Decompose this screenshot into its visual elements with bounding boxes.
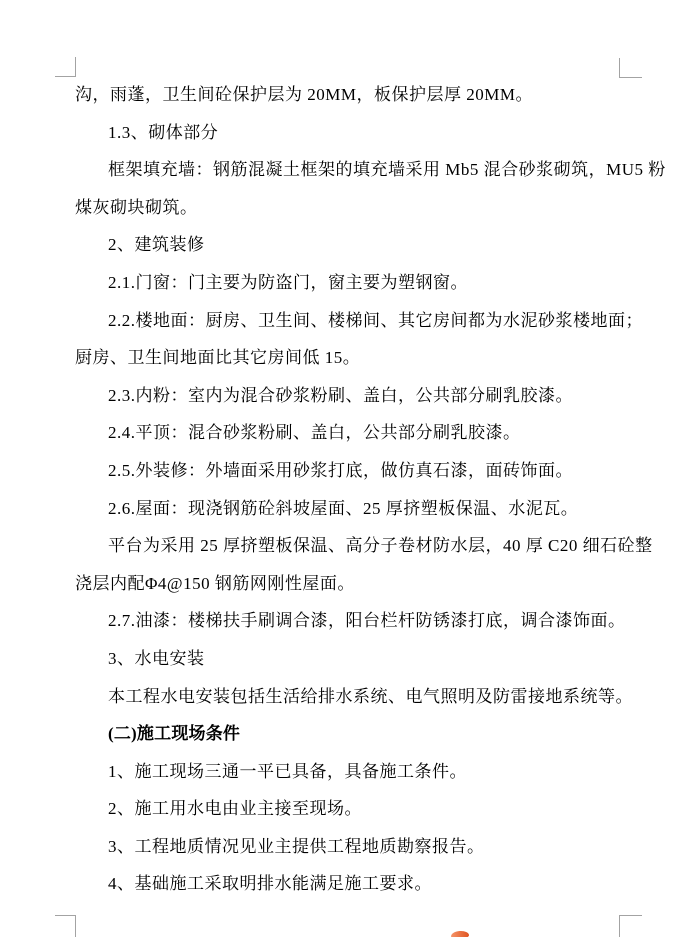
document-page: 沟，雨蓬，卫生间砼保护层为 20MM，板保护层厚 20MM。1.3、砌体部分框架… bbox=[0, 0, 687, 937]
margin-mark-top-right bbox=[619, 58, 642, 78]
document-line: 3、水电安装 bbox=[75, 640, 621, 678]
document-body[interactable]: 沟，雨蓬，卫生间砼保护层为 20MM，板保护层厚 20MM。1.3、砌体部分框架… bbox=[75, 76, 621, 903]
document-line: 平台为采用 25 厚挤塑板保温、高分子卷材防水层，40 厚 C20 细石砼整 bbox=[75, 527, 621, 565]
document-line: 2.5.外装修：外墙面采用砂浆打底，做仿真石漆，面砖饰面。 bbox=[75, 452, 621, 490]
document-line: (二)施工现场条件 bbox=[75, 715, 621, 753]
document-line: 4、基础施工采取明排水能满足施工要求。 bbox=[75, 865, 621, 903]
document-line: 煤灰砌块砌筑。 bbox=[75, 189, 621, 227]
document-line: 2.1.门窗：门主要为防盗门，窗主要为塑钢窗。 bbox=[75, 264, 621, 302]
document-line: 框架填充墙：钢筋混凝土框架的填充墙采用 Mb5 混合砂浆砌筑，MU5 粉 bbox=[75, 151, 621, 189]
document-line: 1.3、砌体部分 bbox=[75, 114, 621, 152]
document-line: 2.2.楼地面：厨房、卫生间、楼梯间、其它房间都为水泥砂浆楼地面； bbox=[75, 302, 621, 340]
document-line: 3、工程地质情况见业主提供工程地质勘察报告。 bbox=[75, 828, 621, 866]
document-line: 2.6.屋面：现浇钢筋砼斜坡屋面、25 厚挤塑板保温、水泥瓦。 bbox=[75, 490, 621, 528]
document-line: 浇层内配Φ4@150 钢筋网刚性屋面。 bbox=[75, 565, 621, 603]
document-line: 2.7.油漆：楼梯扶手刷调合漆，阳台栏杆防锈漆打底，调合漆饰面。 bbox=[75, 602, 621, 640]
document-line: 厨房、卫生间地面比其它房间低 15。 bbox=[75, 339, 621, 377]
document-line: 2.4.平顶：混合砂浆粉刷、盖白，公共部分刷乳胶漆。 bbox=[75, 414, 621, 452]
orange-artifact bbox=[451, 930, 470, 937]
margin-mark-top-left bbox=[55, 57, 76, 77]
margin-mark-bottom-right bbox=[619, 915, 642, 937]
document-line: 2.3.内粉：室内为混合砂浆粉刷、盖白，公共部分刷乳胶漆。 bbox=[75, 377, 621, 415]
document-line: 2、施工用水电由业主接至现场。 bbox=[75, 790, 621, 828]
margin-mark-bottom-left bbox=[55, 915, 76, 937]
document-line: 本工程水电安装包括生活给排水系统、电气照明及防雷接地系统等。 bbox=[75, 678, 621, 716]
document-line: 2、建筑装修 bbox=[75, 226, 621, 264]
document-line: 沟，雨蓬，卫生间砼保护层为 20MM，板保护层厚 20MM。 bbox=[75, 76, 621, 114]
document-line: 1、施工现场三通一平已具备，具备施工条件。 bbox=[75, 753, 621, 791]
